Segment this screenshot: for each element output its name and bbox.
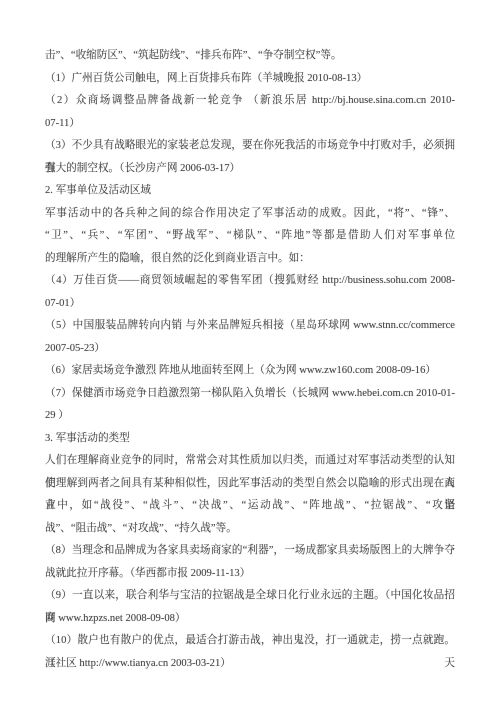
section-3-heading: 3. 军事活动的类型 <box>45 428 455 451</box>
example-9-line-1: （9）一直以来，联合利华与宝洁的拉锯战是全球日化行业永远的主题。（中国化妆品招商 <box>45 585 455 608</box>
example-5-line-1: （5）中国服装品牌转向内销 与外来品牌短兵相接（星岛环球网 www.stnn.c… <box>45 315 455 338</box>
example-4-line-2: 07-01） <box>45 293 455 316</box>
example-5-line-2: 2007-05-23） <box>45 338 455 361</box>
example-3-line-1: （3）不少具有战略眼光的家装老总发现，要在你死我活的市场竞争中打败对手，必须拥有 <box>45 135 455 158</box>
section-2-paragraph-line-3: 的理解所产生的隐喻，很自然的泛化到商业语言中。如： <box>45 248 455 271</box>
section-3-paragraph-line-3: 言中，如“战役”、“战斗”、“决战”、“运动战”、“阵地战”、“拉锯战”、“攻坚 <box>45 495 455 518</box>
section-3-paragraph-line-4: 战”、“阻击战”、“对攻战”、“持久战”等。 <box>45 518 455 541</box>
example-7-line-1: （7）保健酒市场竞争日趋激烈第一梯队陷入负增长（长城网 www.hebei.co… <box>45 383 455 406</box>
example-2-line-1: （2）众商场调整品牌备战新一轮竞争 （新浪乐居 http://bj.house.… <box>45 90 455 113</box>
example-1: （1）广州百货公司触电，网上百货排兵布阵（羊城晚报 2010-08-13） <box>45 68 455 91</box>
example-9-line-2: 网 www.hzpzs.net 2008-09-08） <box>45 608 455 631</box>
document-page: 击”、“收缩防区”、“筑起防线”、“排兵布阵”、“争夺制空权”等。（1）广州百货… <box>0 0 500 707</box>
example-8-line-1: （8）当理念和品牌成为各家具卖场商家的“利器”，一场成都家具卖场版图上的大牌争夺 <box>45 540 455 563</box>
section-2-paragraph-line-2: “卫”、“兵”、“军团”、“野战军”、“梯队”、“阵地”等都是借助人们对军事单位 <box>45 225 455 248</box>
section-3-paragraph-line-2: 们理解到两者之间具有某种相似性，因此军事活动的类型自然会以隐喻的形式出现在商业语 <box>45 473 455 496</box>
example-8-line-2: 战就此拉开序幕。（华西都市报 2009-11-13） <box>45 563 455 586</box>
example-4-line-1: （4）万佳百货——商贸领域崛起的零售军团（搜狐财经 http://busines… <box>45 270 455 293</box>
example-7-line-2: 29 ） <box>45 405 455 428</box>
section-2-heading: 2. 军事单位及活动区域 <box>45 180 455 203</box>
section-2-paragraph-line-1: 军事活动中的各兵种之间的综合作用决定了军事活动的成败。因此，“将”、“锋”、 <box>45 203 455 226</box>
example-2-line-2: 07-11） <box>45 113 455 136</box>
example-6: （6）家居卖场竞争激烈 阵地从地面转至网上（众为网 www.zw160.com … <box>45 360 455 383</box>
example-3-line-2: 强大的制空权。（长沙房产网 2006-03-17） <box>45 158 455 181</box>
example-10-line-1: （10）散户也有散户的优点，最适合打游击战，神出鬼没，打一通就走，捞一点就跑。（… <box>45 630 455 653</box>
section-3-paragraph-line-1: 人们在理解商业竞争的同时，常常会对其性质加以归类，而通过对军事活动类型的认知使人 <box>45 450 455 473</box>
paragraph-terms-continuation: 击”、“收缩防区”、“筑起防线”、“排兵布阵”、“争夺制空权”等。 <box>45 45 455 68</box>
